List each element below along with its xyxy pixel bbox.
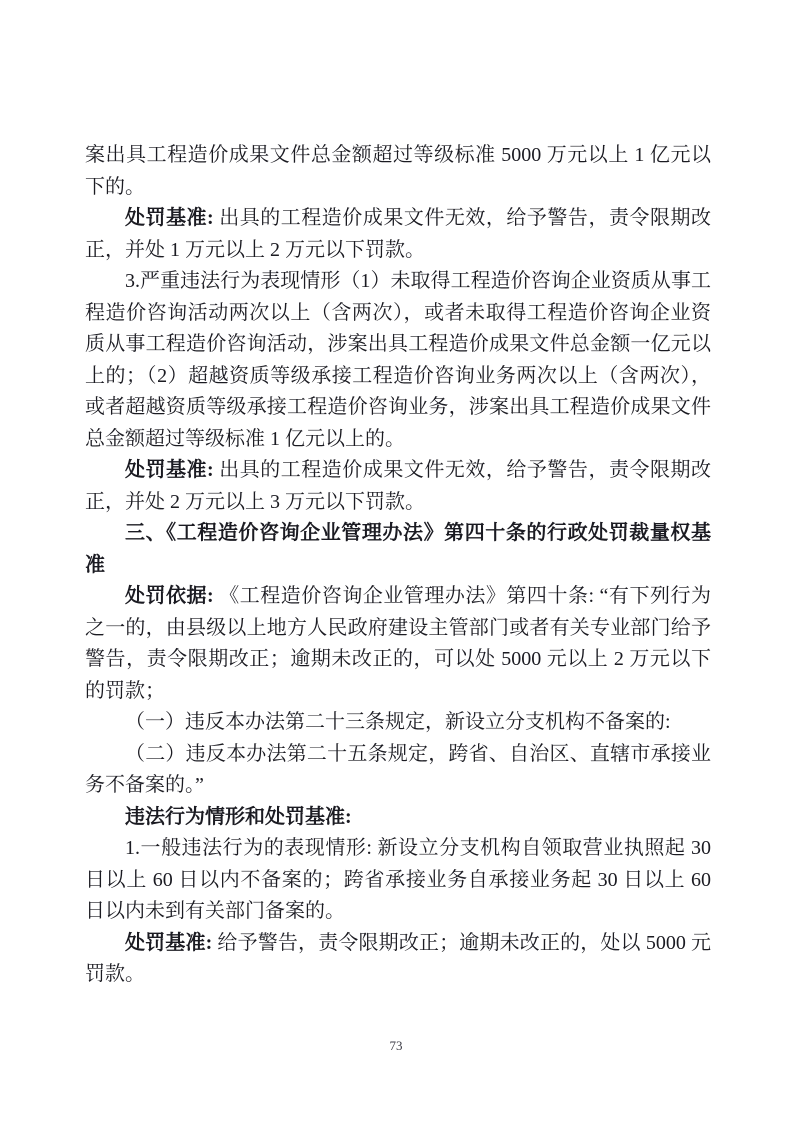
serious-violation-paragraph: 3.严重违法行为表现情形（1）未取得工程造价咨询企业资质从事工程造价咨询活动两次…	[85, 266, 711, 455]
penalty-benchmark-paragraph-1: 处罚基准: 出具的工程造价成果文件无效，给予警告，责令限期改正，并处 1 万元以…	[85, 203, 711, 266]
general-violation-paragraph: 1.一般违法行为的表现情形: 新设立分支机构自领取营业执照起 30 日以上 60…	[85, 833, 711, 928]
page-number: 73	[0, 1038, 792, 1054]
paragraph-bold-label: 违法行为情形和处罚基准:	[125, 806, 352, 828]
paragraph-bold-label: 处罚基准:	[125, 459, 214, 481]
document-body: 案出具工程造价成果文件总金额超过等级标准 5000 万元以上 1 亿元以下的。处…	[85, 140, 711, 991]
paragraph-bold-label: 三、《工程造价咨询企业管理办法》第四十条的行政处罚裁量权基准	[85, 522, 711, 576]
item-one-paragraph: （一）违反本办法第二十三条规定，新设立分支机构不备案的:	[85, 707, 711, 739]
violation-benchmark-heading: 违法行为情形和处罚基准:	[85, 802, 711, 834]
paragraph-bold-label: 处罚基准:	[125, 932, 212, 954]
paragraph-bold-label: 处罚基准:	[125, 207, 214, 229]
paragraph-bold-label: 处罚依据:	[125, 585, 214, 607]
document-page: 案出具工程造价成果文件总金额超过等级标准 5000 万元以上 1 亿元以下的。处…	[0, 0, 792, 1121]
section-heading: 三、《工程造价咨询企业管理办法》第四十条的行政处罚裁量权基准	[85, 518, 711, 581]
penalty-basis-paragraph: 处罚依据: 《工程造价咨询企业管理办法》第四十条: “有下列行为之一的，由县级以…	[85, 581, 711, 707]
penalty-benchmark-paragraph-2: 处罚基准: 出具的工程造价成果文件无效，给予警告，责令限期改正，并处 2 万元以…	[85, 455, 711, 518]
item-two-paragraph: （二）违反本办法第二十五条规定，跨省、自治区、直辖市承接业务不备案的。”	[85, 739, 711, 802]
penalty-benchmark-paragraph-3: 处罚基准: 给予警告，责令限期改正；逾期未改正的，处以 5000 元罚款。	[85, 928, 711, 991]
continued-paragraph: 案出具工程造价成果文件总金额超过等级标准 5000 万元以上 1 亿元以下的。	[85, 140, 711, 203]
